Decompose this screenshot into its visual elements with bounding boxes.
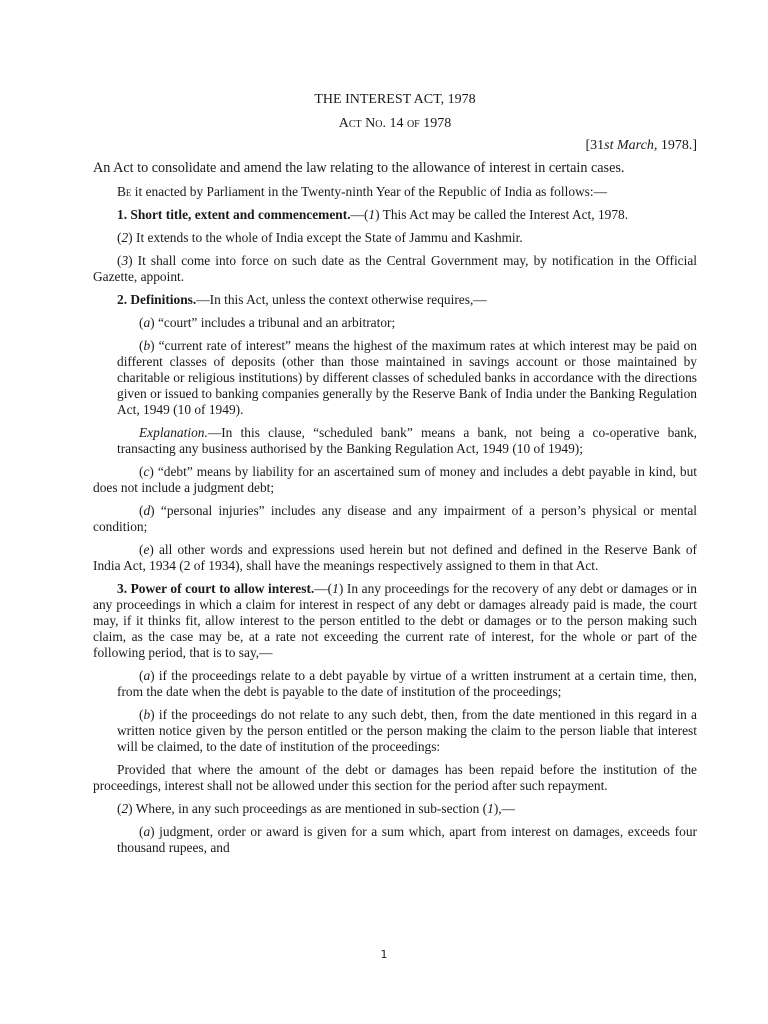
date-suffix: 1978.] bbox=[657, 138, 697, 153]
section-3-2-clause-a: (a) judgment, order or award is given fo… bbox=[93, 824, 697, 856]
section-2-heading: 2. Definitions. bbox=[117, 292, 196, 307]
date-italic: st March, bbox=[604, 138, 657, 153]
section-2: 2. Definitions.—In this Act, unless the … bbox=[93, 292, 697, 308]
page-number: 1 bbox=[0, 948, 768, 961]
section-1-heading: 1. Short title, extent and commencement. bbox=[117, 207, 351, 222]
clause-text: ) “court” includes a tribunal and an arb… bbox=[150, 315, 395, 330]
clause-text: ) if the proceedings do not relate to an… bbox=[117, 707, 697, 754]
clause-text: ) “debt” means by liability for an ascer… bbox=[93, 464, 697, 495]
dash: —( bbox=[314, 581, 332, 596]
section-3-proviso: Provided that where the amount of the de… bbox=[93, 762, 697, 794]
section-text: —In this Act, unless the context otherwi… bbox=[196, 292, 486, 307]
section-text: ) It extends to the whole of India excep… bbox=[128, 230, 523, 245]
clause-text: ) “current rate of interest” means the h… bbox=[117, 338, 697, 417]
explanation: Explanation.—In this clause, “scheduled … bbox=[93, 425, 697, 457]
definition-b: (b) “current rate of interest” means the… bbox=[93, 338, 697, 418]
section-3-heading: 3. Power of court to allow interest. bbox=[117, 581, 314, 596]
subsection-num: 1 bbox=[332, 581, 339, 596]
enacting-be: Be bbox=[117, 184, 131, 199]
definition-a: (a) “court” includes a tribunal and an a… bbox=[93, 315, 697, 331]
definition-c: (c) “debt” means by liability for an asc… bbox=[93, 464, 697, 496]
long-title: An Act to consolidate and amend the law … bbox=[93, 160, 697, 176]
section-3-2: (2) Where, in any such proceedings as ar… bbox=[93, 801, 697, 817]
explanation-label: Explanation. bbox=[139, 425, 208, 440]
enacting-rest: it enacted by Parliament in the Twenty-n… bbox=[131, 184, 607, 199]
section-3-clause-b: (b) if the proceedings do not relate to … bbox=[93, 707, 697, 755]
clause-text: ) judgment, order or award is given for … bbox=[117, 824, 697, 855]
section-3-clause-a: (a) if the proceedings relate to a debt … bbox=[93, 668, 697, 700]
dash: —( bbox=[351, 207, 369, 222]
definition-e: (e) all other words and expressions used… bbox=[93, 542, 697, 574]
act-number: Act No. 14 of 1978 bbox=[93, 116, 697, 132]
enactment-date: [31st March, 1978.] bbox=[93, 138, 697, 154]
clause-text: ) all other words and expressions used h… bbox=[93, 542, 697, 573]
definition-d: (d) “personal injuries” includes any dis… bbox=[93, 503, 697, 535]
clause-text: ) “personal injuries” includes any disea… bbox=[93, 503, 697, 534]
date-prefix: [31 bbox=[586, 138, 605, 153]
section-text: ) Where, in any such proceedings as are … bbox=[128, 801, 487, 816]
enacting-formula: Be it enacted by Parliament in the Twent… bbox=[93, 184, 697, 200]
act-title: THE INTEREST ACT, 1978 bbox=[93, 92, 697, 108]
section-1-1: 1. Short title, extent and commencement.… bbox=[93, 207, 697, 223]
section-1-2: (2) It extends to the whole of India exc… bbox=[93, 230, 697, 246]
section-text: ) It shall come into force on such date … bbox=[93, 253, 697, 284]
section-text: ) This Act may be called the Interest Ac… bbox=[375, 207, 628, 222]
subsection-ref: 1 bbox=[487, 801, 494, 816]
section-1-3: (3) It shall come into force on such dat… bbox=[93, 253, 697, 285]
document-page: THE INTEREST ACT, 1978 Act No. 14 of 197… bbox=[93, 92, 697, 863]
clause-text: ) if the proceedings relate to a debt pa… bbox=[117, 668, 697, 699]
section-3-1: 3. Power of court to allow interest.—(1)… bbox=[93, 581, 697, 661]
section-text-end: ),— bbox=[494, 801, 515, 816]
